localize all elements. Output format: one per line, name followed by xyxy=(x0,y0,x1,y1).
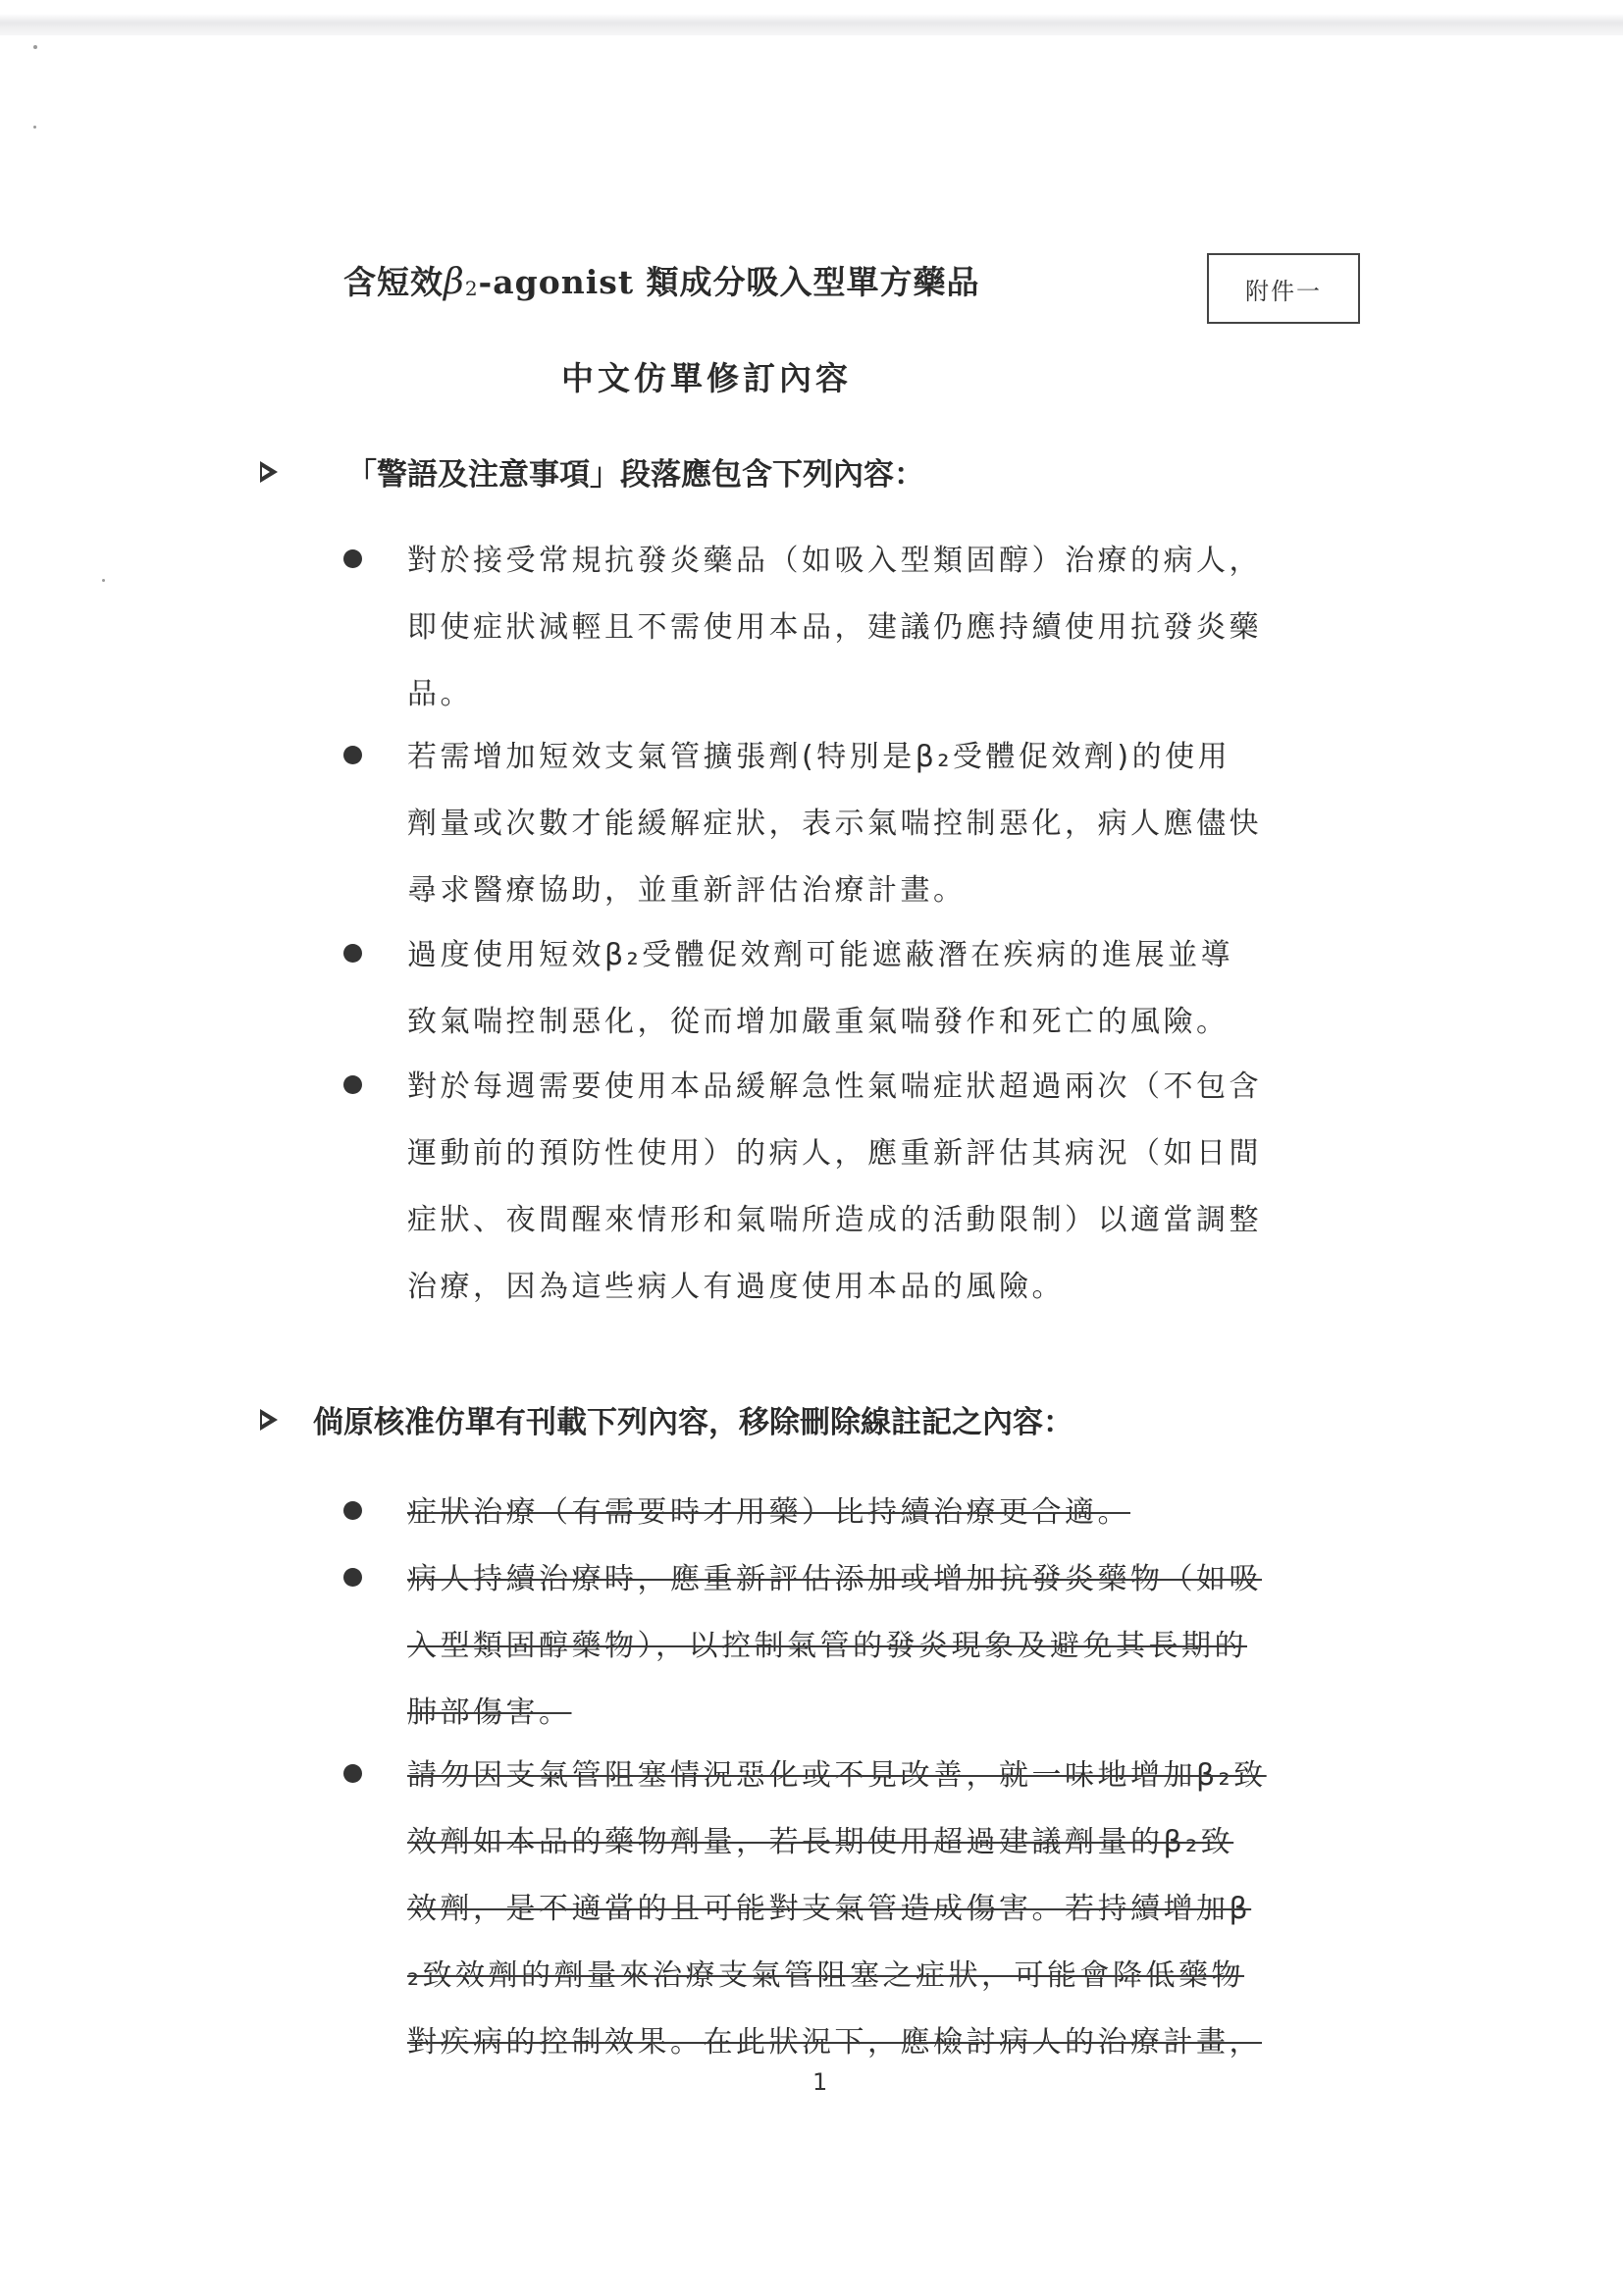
beta-subscript: 2 xyxy=(465,277,479,300)
list-item-line: 對於接受常規抗發炎藥品（如吸入型類固醇）治療的病人， xyxy=(407,528,1384,595)
list-item-line: 請勿因支氣管阻塞情況惡化或不見改善，就一味地增加β₂致 xyxy=(407,1743,1384,1809)
document-subtitle: 中文仿單修訂內容 xyxy=(561,353,852,399)
list-item: 對於每週需要使用本品緩解急性氣喘症狀超過兩次（不包含 運動前的預防性使用）的病人… xyxy=(343,1054,1384,1321)
list-item-line: 肺部傷害。 xyxy=(407,1680,1384,1747)
list-item-line: 效劑，是不適當的且可能對支氣管造成傷害。若持續增加β xyxy=(407,1876,1384,1943)
scan-speck xyxy=(33,45,37,49)
list-item-line: 效劑如本品的藥物劑量，若長期使用超過建議劑量的β₂致 xyxy=(407,1809,1384,1876)
list-item-line: 病人持續治療時，應重新評估添加或增加抗發炎藥物（如吸 xyxy=(407,1546,1384,1613)
scan-speck xyxy=(33,126,36,129)
list-item-line: 對於每週需要使用本品緩解急性氣喘症狀超過兩次（不包含 xyxy=(407,1054,1384,1121)
attachment-label: 附件一 xyxy=(1245,272,1322,306)
beta-symbol: β xyxy=(444,262,465,302)
list-item-line: 症狀、夜間醒來情形和氣喘所造成的活動限制）以適當調整 xyxy=(407,1187,1384,1254)
arrow-bullet-icon xyxy=(260,1409,278,1431)
list-item-line: 運動前的預防性使用）的病人，應重新評估其病況（如日間 xyxy=(407,1121,1384,1187)
list-item-line: 症狀治療（有需要時才用藥）比持續治療更合適。 xyxy=(407,1480,1384,1546)
page-number: 1 xyxy=(812,2068,827,2096)
list-item-line: 若需增加短效支氣管擴張劑(特別是β₂受體促效劑)的使用 xyxy=(407,724,1384,791)
list-item-struck: 病人持續治療時，應重新評估添加或增加抗發炎藥物（如吸 入型類固醇藥物），以控制氣… xyxy=(343,1546,1384,1747)
list-item-line: 尋求醫療協助，並重新評估治療計畫。 xyxy=(407,858,1384,924)
list-item-struck: 請勿因支氣管阻塞情況惡化或不見改善，就一味地增加β₂致 效劑如本品的藥物劑量，若… xyxy=(343,1743,1384,2076)
list-item-line: 品。 xyxy=(407,661,1384,728)
list-item-struck: 症狀治療（有需要時才用藥）比持續治療更合適。 xyxy=(343,1480,1384,1546)
bullet-icon xyxy=(343,549,362,568)
list-item: 對於接受常規抗發炎藥品（如吸入型類固醇）治療的病人， 即使症狀減輕且不需使用本品… xyxy=(343,528,1384,728)
list-item-line: 劑量或次數才能緩解症狀，表示氣喘控制惡化，病人應儘快 xyxy=(407,791,1384,858)
bullet-icon xyxy=(343,944,362,963)
title-suffix: -agonist 類成分吸入型單方藥品 xyxy=(479,263,980,301)
section-heading-warnings: 「警語及注意事項」段落應包含下列內容： xyxy=(260,449,924,494)
attachment-label-box: 附件一 xyxy=(1207,253,1360,324)
section-heading-text: 倘原核准仿單有刊載下列內容，移除刪除線註記之內容： xyxy=(313,1397,1073,1441)
document-title: 含短效β2-agonist 類成分吸入型單方藥品 xyxy=(343,257,980,303)
bullet-icon xyxy=(343,1501,362,1520)
list-item-line: ₂致效劑的劑量來治療支氣管阻塞之症狀，可能會降低藥物 xyxy=(407,1943,1384,2009)
title-prefix: 含短效 xyxy=(343,263,444,301)
bullet-icon xyxy=(343,746,362,764)
section-heading-removals: 倘原核准仿單有刊載下列內容，移除刪除線註記之內容： xyxy=(260,1397,1073,1441)
list-item-line: 入型類固醇藥物），以控制氣管的發炎現象及避免其長期的 xyxy=(407,1613,1384,1680)
list-item-line: 治療，因為這些病人有過度使用本品的風險。 xyxy=(407,1254,1384,1321)
section-heading-text: 「警語及注意事項」段落應包含下列內容： xyxy=(346,449,924,494)
list-item-line: 即使症狀減輕且不需使用本品，建議仍應持續使用抗發炎藥 xyxy=(407,595,1384,661)
scan-speck xyxy=(102,579,105,582)
bullet-icon xyxy=(343,1075,362,1094)
list-item-line: 過度使用短效β₂受體促效劑可能遮蔽潛在疾病的進展並導 xyxy=(407,922,1384,989)
arrow-bullet-icon xyxy=(260,461,278,483)
list-item-line: 致氣喘控制惡化，從而增加嚴重氣喘發作和死亡的風險。 xyxy=(407,989,1384,1056)
bullet-icon xyxy=(343,1568,362,1587)
bullet-icon xyxy=(343,1764,362,1783)
list-item-line: 對疾病的控制效果。在此狀況下，應檢討病人的治療計畫， xyxy=(407,2009,1384,2076)
scan-artifact-band xyxy=(0,14,1623,35)
list-item: 若需增加短效支氣管擴張劑(特別是β₂受體促效劑)的使用 劑量或次數才能緩解症狀，… xyxy=(343,724,1384,924)
list-item: 過度使用短效β₂受體促效劑可能遮蔽潛在疾病的進展並導 致氣喘控制惡化，從而增加嚴… xyxy=(343,922,1384,1056)
